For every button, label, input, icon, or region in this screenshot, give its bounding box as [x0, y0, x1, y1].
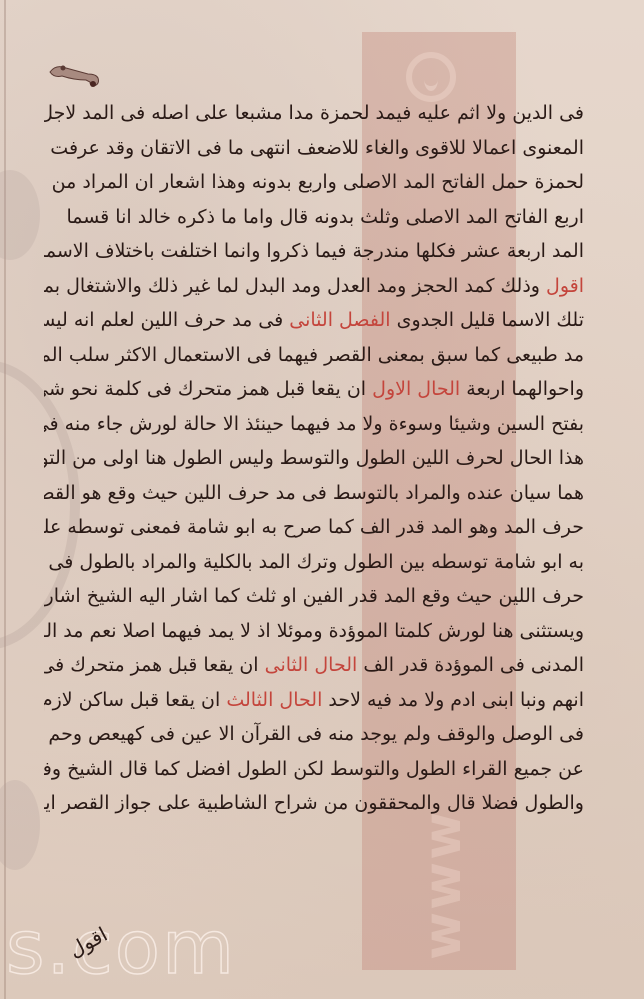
ink-blot-icon — [46, 62, 102, 88]
text-line: به ابو شامة توسطه بين الطول وترك المد با… — [44, 545, 584, 580]
bleed-through-stain — [0, 780, 40, 870]
text-line: ويستثنى هنا لورش كلمتا الموؤدة وموئلا اذ… — [44, 614, 584, 649]
text-line: تلك الاسما قليل الجدوى الفصل الثانى فى م… — [44, 303, 584, 338]
watermark-logo-icon — [406, 52, 456, 102]
text-line: اقول وذلك كمد الحجز ومد العدل ومد البدل … — [44, 269, 584, 304]
rubric-heading-section-two: الفصل الثانى — [289, 309, 390, 331]
text-line: انهم ونبا ابنى ادم ولا مد فيه لاحد الحال… — [44, 683, 584, 718]
rubric-heading-state-three: الحال الثالث — [226, 689, 322, 711]
manuscript-page: www فى الدين ولا اثم عليه فيمد لحمزة مدا… — [0, 0, 644, 999]
watermark-domain-text: s.com — [6, 905, 236, 991]
text-line: مد طبيعى كما سبق بمعنى القصر فيهما فى ال… — [44, 338, 584, 373]
text-line: حرف اللين حيث وقع المد قدر الفين او ثلث … — [44, 579, 584, 614]
text-line: لحمزة حمل الفاتح المد الاصلى واربع بدونه… — [44, 165, 584, 200]
text-line: فى الوصل والوقف ولم يوجد منه فى القرآن ا… — [44, 717, 584, 752]
text-line: هما سيان عنده والمراد بالتوسط فى مد حرف … — [44, 476, 584, 511]
manuscript-text: فى الدين ولا اثم عليه فيمد لحمزة مدا مشب… — [44, 96, 584, 821]
text-line: فى الدين ولا اثم عليه فيمد لحمزة مدا مشب… — [44, 96, 584, 131]
rubric-heading-aqul: اقول — [546, 275, 584, 297]
text-line: بفتح السين وشيئا وسوءة ولا مد فيهما حينئ… — [44, 407, 584, 442]
text-line: حرف المد وهو المد قدر الف كما صرح به ابو… — [44, 510, 584, 545]
text-line: اربع الفاتح المد الاصلى وثلث بدونه قال و… — [44, 200, 584, 235]
text-line: واحوالهما اربعة الحال الاول ان يقعا قبل … — [44, 372, 584, 407]
text-line: المد اربعة عشر فكلها مندرجة فيما ذكروا و… — [44, 234, 584, 269]
bleed-through-stain — [0, 170, 40, 260]
text-line: عن جميع القراء الطول والتوسط لكن الطول ا… — [44, 752, 584, 787]
text-line: هذا الحال لحرف اللين الطول والتوسط وليس … — [44, 441, 584, 476]
rubric-heading-state-one: الحال الاول — [372, 378, 460, 400]
text-line: المعنوى اعمالا للاقوى والغاء للاضعف انته… — [44, 131, 584, 166]
rubric-heading-state-two: الحال الثانى — [265, 654, 358, 676]
text-line: المدنى فى الموؤدة قدر الف الحال الثانى ا… — [44, 648, 584, 683]
text-line: والطول فضلا قال والمحققون من شراح الشاطب… — [44, 786, 584, 821]
